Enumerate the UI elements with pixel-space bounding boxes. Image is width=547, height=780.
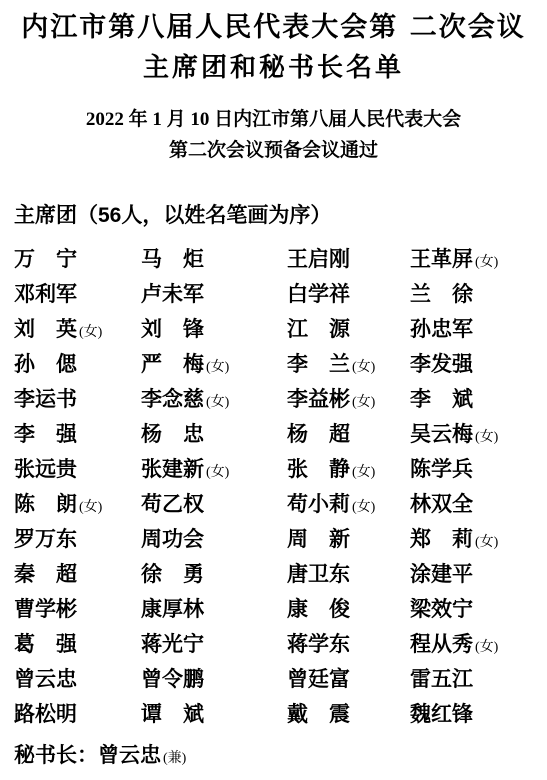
member-name: 曾廷富 xyxy=(287,662,410,697)
member-name: 唐卫东 xyxy=(287,557,410,592)
member-name: 蒋光宁 xyxy=(141,627,287,662)
secretary-label: 秘书长： xyxy=(14,744,98,767)
female-marker: (女) xyxy=(475,255,498,270)
member-name: 葛 强 xyxy=(14,627,141,662)
member-name: 康厚林 xyxy=(141,592,287,627)
approval-line-2: 第二次会议预备会议通过 xyxy=(0,135,547,166)
member-name: 吴云梅(女) xyxy=(410,417,547,452)
female-marker: (女) xyxy=(206,395,229,410)
member-name: 李念慈(女) xyxy=(141,382,287,417)
member-name: 江 源 xyxy=(287,312,410,347)
member-name: 曹学彬 xyxy=(14,592,141,627)
female-marker: (女) xyxy=(352,395,375,410)
member-name: 程从秀(女) xyxy=(410,627,547,662)
member-name: 万 宁 xyxy=(14,242,141,277)
member-name: 涂建平 xyxy=(410,557,547,592)
member-name: 徐 勇 xyxy=(141,557,287,592)
member-name: 戴 震 xyxy=(287,697,410,732)
member-name: 孙 偲 xyxy=(14,347,141,382)
member-name: 李发强 xyxy=(410,347,547,382)
member-name: 马 炬 xyxy=(141,242,287,277)
member-name: 罗万东 xyxy=(14,522,141,557)
member-name: 邓利军 xyxy=(14,277,141,312)
member-name: 周 新 xyxy=(287,522,410,557)
female-marker: (女) xyxy=(79,325,102,340)
female-marker: (女) xyxy=(352,360,375,375)
member-name: 康 俊 xyxy=(287,592,410,627)
female-marker: (女) xyxy=(475,640,498,655)
title-line-1: 内江市第八届人民代表大会第 二次会议 xyxy=(0,8,547,48)
member-name: 李 兰(女) xyxy=(287,347,410,382)
member-name: 蒋学东 xyxy=(287,627,410,662)
member-name: 王启刚 xyxy=(287,242,410,277)
female-marker: (女) xyxy=(206,360,229,375)
member-name: 梁效宁 xyxy=(410,592,547,627)
secretary-line: 秘书长：曾云忠(兼) xyxy=(14,740,547,775)
female-marker: (女) xyxy=(79,500,102,515)
secretary-note: (兼) xyxy=(163,751,186,766)
member-name: 王革屏(女) xyxy=(410,242,547,277)
approval-line-1: 2022 年 1 月 10 日内江市第八届人民代表大会 xyxy=(0,104,547,135)
title-line-2: 主席团和秘书长名单 xyxy=(0,48,547,88)
member-name: 孙忠军 xyxy=(410,312,547,347)
member-name: 谭 斌 xyxy=(141,697,287,732)
member-name: 雷五江 xyxy=(410,662,547,697)
secretary-name: 曾云忠 xyxy=(98,744,161,767)
document-title: 内江市第八届人民代表大会第 二次会议 主席团和秘书长名单 xyxy=(0,0,547,88)
member-name: 苟乙权 xyxy=(141,487,287,522)
member-name: 刘 英(女) xyxy=(14,312,141,347)
member-name: 杨 超 xyxy=(287,417,410,452)
member-name: 陈学兵 xyxy=(410,452,547,487)
female-marker: (女) xyxy=(475,535,498,550)
member-name: 刘 锋 xyxy=(141,312,287,347)
member-name: 张建新(女) xyxy=(141,452,287,487)
female-marker: (女) xyxy=(475,430,498,445)
female-marker: (女) xyxy=(206,465,229,480)
member-name: 陈 朗(女) xyxy=(14,487,141,522)
document-page: 内江市第八届人民代表大会第 二次会议 主席团和秘书长名单 2022 年 1 月 … xyxy=(0,0,547,780)
member-name: 魏红锋 xyxy=(410,697,547,732)
member-name: 曾云忠 xyxy=(14,662,141,697)
female-marker: (女) xyxy=(352,465,375,480)
member-grid: 万 宁马 炬王启刚王革屏(女)邓利军卢未军白学祥兰 徐刘 英(女)刘 锋江 源孙… xyxy=(14,242,547,732)
member-name: 路松明 xyxy=(14,697,141,732)
member-name: 严 梅(女) xyxy=(141,347,287,382)
section-heading: 主席团（56人，以姓名笔画为序） xyxy=(14,202,547,230)
member-name: 兰 徐 xyxy=(410,277,547,312)
female-marker: (女) xyxy=(352,500,375,515)
member-name: 林双全 xyxy=(410,487,547,522)
member-name: 李 斌 xyxy=(410,382,547,417)
member-name: 张 静(女) xyxy=(287,452,410,487)
member-name: 苟小莉(女) xyxy=(287,487,410,522)
member-name: 曾令鹏 xyxy=(141,662,287,697)
member-name: 李运书 xyxy=(14,382,141,417)
member-name: 杨 忠 xyxy=(141,417,287,452)
member-name: 李 强 xyxy=(14,417,141,452)
member-name: 周功会 xyxy=(141,522,287,557)
member-name: 秦 超 xyxy=(14,557,141,592)
member-name: 白学祥 xyxy=(287,277,410,312)
member-name: 李益彬(女) xyxy=(287,382,410,417)
approval-note: 2022 年 1 月 10 日内江市第八届人民代表大会 第二次会议预备会议通过 xyxy=(0,104,547,166)
member-name: 张远贵 xyxy=(14,452,141,487)
member-name: 卢未军 xyxy=(141,277,287,312)
member-name: 郑 莉(女) xyxy=(410,522,547,557)
